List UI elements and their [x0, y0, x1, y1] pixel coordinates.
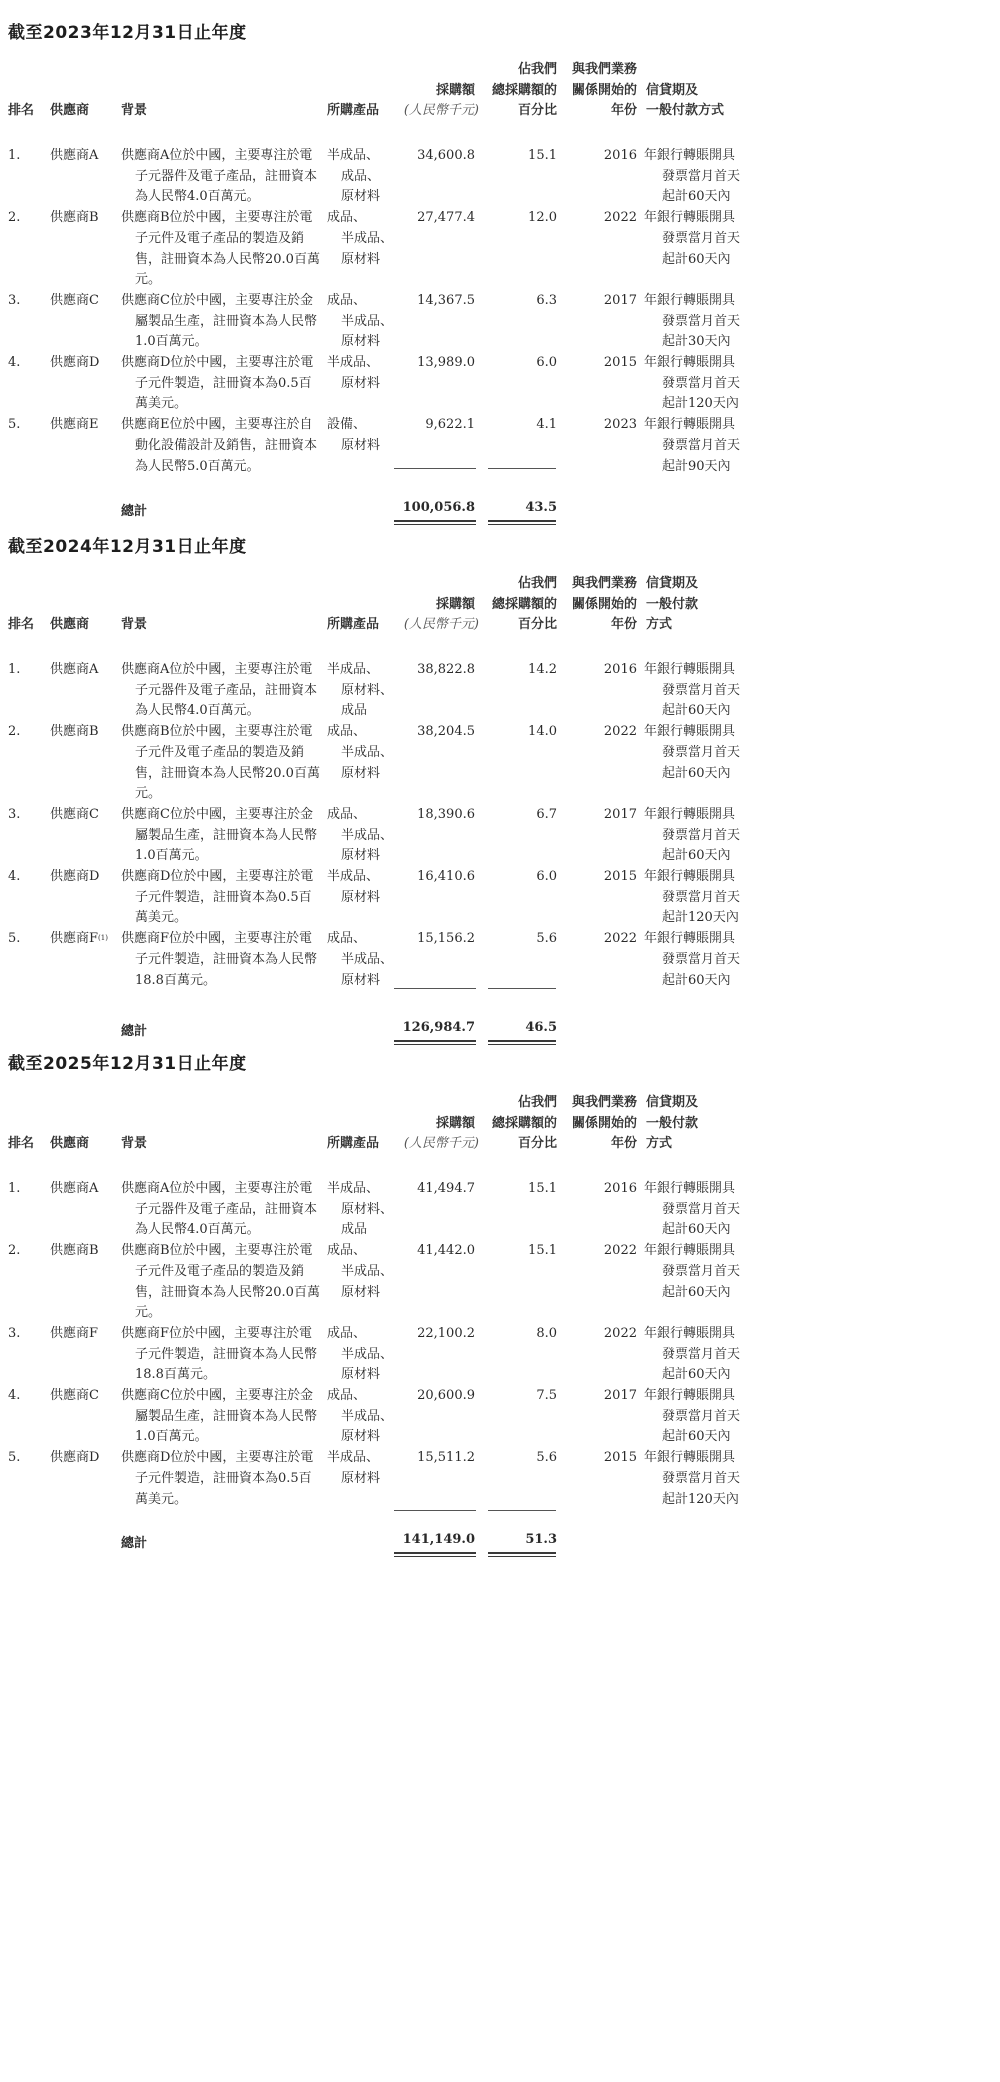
supplier-name: 供應商C — [50, 1388, 99, 1403]
percent-cell: 8.0 — [536, 1324, 557, 1345]
background-line: 為人民幣4.0百萬元。 — [121, 701, 326, 722]
supplier-name: 供應商B — [50, 724, 99, 739]
terms-line: 發票當月首天 — [644, 1200, 740, 1221]
year-cell: 2022 — [604, 1324, 637, 1345]
supplier-name: 供應商D — [50, 1450, 99, 1465]
supplier-cell: 供應商A — [50, 660, 98, 681]
year-cell: 2023 — [604, 415, 637, 436]
header-amount-unit: (人民幣千元) — [404, 1134, 479, 1155]
total-pct: 51.3 — [525, 1532, 557, 1547]
total-double-rule-amount — [394, 1040, 476, 1045]
product-line: 半成品、 — [327, 146, 380, 167]
year-cell: 2022 — [604, 208, 637, 229]
terms-cell: 年銀行轉賬開具發票當月首天起計60天內 — [644, 929, 740, 991]
terms-line: 起計60天內 — [644, 1365, 740, 1386]
total-pct: 43.5 — [525, 500, 557, 515]
header-pct-l1: 佔我們 — [518, 574, 557, 595]
amount-cell: 13,989.0 — [417, 353, 475, 374]
section-title: 截至2024年12月31日止年度 — [8, 532, 247, 557]
header-rank: 排名 — [8, 1134, 34, 1155]
background-line: 子元件製造，註冊資本為0.5百 — [121, 374, 326, 395]
product-line: 半成品、 — [327, 826, 393, 847]
amount-cell: 38,822.8 — [417, 660, 475, 681]
percent-cell: 7.5 — [536, 1386, 557, 1407]
total-double-rule-pct — [488, 1040, 556, 1045]
percent-cell: 6.0 — [536, 867, 557, 888]
header-year-l1: 與我們業務 — [572, 1093, 637, 1114]
terms-cell: 年銀行轉賬開具發票當月首天起計60天內 — [644, 1241, 740, 1303]
total-amount: 126,984.7 — [403, 1020, 475, 1035]
rank-cell: 1. — [8, 660, 20, 681]
product-line: 半成品、 — [327, 1407, 393, 1428]
total-label: 總計 — [121, 1532, 147, 1551]
rank-cell: 1. — [8, 1179, 20, 1200]
year-cell: 2017 — [604, 291, 637, 312]
terms-line: 起計60天內 — [644, 764, 740, 785]
percent-cell: 14.0 — [528, 722, 557, 743]
product-cell: 成品、半成品、原材料 — [327, 722, 393, 784]
terms-line: 發票當月首天 — [644, 1469, 740, 1490]
percent-cell: 6.3 — [536, 291, 557, 312]
product-line: 半成品、 — [327, 867, 380, 888]
year-cell: 2016 — [604, 1179, 637, 1200]
background-cell: 供應商A位於中國，主要專注於電子元器件及電子產品，註冊資本為人民幣4.0百萬元。 — [121, 146, 326, 208]
background-line: 供應商D位於中國，主要專注於電 — [121, 353, 326, 374]
header-pct-l2: 總採購額的 — [492, 595, 557, 616]
background-line: 子元件製造，註冊資本為0.5百 — [121, 888, 326, 909]
terms-line: 年銀行轉賬開具 — [644, 929, 740, 950]
terms-line: 發票當月首天 — [644, 888, 740, 909]
total-double-rule-amount — [394, 1552, 476, 1557]
background-line: 供應商F位於中國，主要專注於電 — [121, 929, 326, 950]
terms-line: 起計60天內 — [644, 971, 740, 992]
header-amount: 採購額 — [436, 595, 475, 616]
terms-line: 發票當月首天 — [644, 167, 740, 188]
rank-cell: 1. — [8, 146, 20, 167]
terms-line: 年銀行轉賬開具 — [644, 291, 740, 312]
background-line: 子元件製造，註冊資本為0.5百 — [121, 1469, 326, 1490]
terms-line: 年銀行轉賬開具 — [644, 1386, 740, 1407]
amount-cell: 41,442.0 — [417, 1241, 475, 1262]
header-terms-l2: 一般付款 — [646, 595, 698, 616]
product-line: 原材料 — [327, 187, 380, 208]
terms-line: 發票當月首天 — [644, 1407, 740, 1428]
background-line: 屬製品生產，註冊資本為人民幣 — [121, 826, 326, 847]
product-cell: 半成品、原材料 — [327, 1448, 380, 1489]
header-year-l1: 與我們業務 — [572, 60, 637, 81]
header-year-l2: 關係開始的 — [572, 81, 637, 102]
background-cell: 供應商E位於中國，主要專注於自動化設備設計及銷售，註冊資本為人民幣5.0百萬元。 — [121, 415, 326, 477]
background-line: 1.0百萬元。 — [121, 846, 326, 867]
header-terms-l3: 方式 — [646, 615, 672, 636]
terms-line: 發票當月首天 — [644, 681, 740, 702]
supplier-name: 供應商C — [50, 807, 99, 822]
product-line: 成品、 — [327, 167, 380, 188]
section-title: 截至2023年12月31日止年度 — [8, 18, 247, 43]
header-product: 所購產品 — [327, 615, 379, 636]
header-terms-l1: 信貸期及 — [646, 574, 698, 595]
subtotal-rule-amount — [394, 468, 476, 469]
product-line: 半成品、 — [327, 660, 393, 681]
year-cell: 2022 — [604, 722, 637, 743]
background-line: 售，註冊資本為人民幣20.0百萬 — [121, 1283, 326, 1304]
terms-cell: 年銀行轉賬開具發票當月首天起計60天內 — [644, 805, 740, 867]
terms-line: 發票當月首天 — [644, 229, 740, 250]
background-line: 供應商C位於中國，主要專注於金 — [121, 291, 326, 312]
supplier-cell: 供應商A — [50, 146, 98, 167]
header-amount-unit: (人民幣千元) — [404, 615, 479, 636]
product-line: 原材料 — [327, 436, 380, 457]
product-line: 原材料 — [327, 971, 393, 992]
background-line: 子元器件及電子產品，註冊資本 — [121, 681, 326, 702]
background-line: 子元件及電子產品的製造及銷 — [121, 743, 326, 764]
year-cell: 2016 — [604, 146, 637, 167]
rank-cell: 4. — [8, 1386, 20, 1407]
background-line: 動化設備設計及銷售，註冊資本 — [121, 436, 326, 457]
total-label: 總計 — [121, 1020, 147, 1039]
product-cell: 成品、半成品、原材料 — [327, 929, 393, 991]
product-line: 原材料 — [327, 764, 393, 785]
product-line: 半成品、 — [327, 1262, 393, 1283]
background-line: 18.8百萬元。 — [121, 1365, 326, 1386]
year-cell: 2015 — [604, 353, 637, 374]
year-cell: 2017 — [604, 805, 637, 826]
supplier-cell: 供應商D — [50, 353, 99, 374]
product-line: 成品 — [327, 1220, 393, 1241]
supplier-cell: 供應商C — [50, 291, 99, 312]
background-line: 屬製品生產，註冊資本為人民幣 — [121, 312, 326, 333]
supplier-name: 供應商A — [50, 1181, 98, 1196]
product-cell: 半成品、原材料 — [327, 353, 380, 394]
header-background: 背景 — [121, 101, 147, 122]
terms-line: 發票當月首天 — [644, 312, 740, 333]
background-cell: 供應商D位於中國，主要專注於電子元件製造，註冊資本為0.5百萬美元。 — [121, 353, 326, 415]
background-line: 售，註冊資本為人民幣20.0百萬 — [121, 250, 326, 271]
terms-line: 起計60天內 — [644, 1220, 740, 1241]
percent-cell: 15.1 — [528, 1241, 557, 1262]
total-pct: 46.5 — [525, 1020, 557, 1035]
product-line: 原材料、 — [327, 681, 393, 702]
background-cell: 供應商D位於中國，主要專注於電子元件製造，註冊資本為0.5百萬美元。 — [121, 867, 326, 929]
background-line: 18.8百萬元。 — [121, 971, 326, 992]
amount-cell: 41,494.7 — [417, 1179, 475, 1200]
header-amount: 採購額 — [436, 1114, 475, 1135]
background-line: 子元件及電子產品的製造及銷 — [121, 1262, 326, 1283]
supplier-cell: 供應商F — [50, 1324, 98, 1345]
terms-cell: 年銀行轉賬開具發票當月首天起計120天內 — [644, 867, 740, 929]
terms-line: 年銀行轉賬開具 — [644, 1324, 740, 1345]
supplier-cell: 供應商C — [50, 805, 99, 826]
terms-line: 起計60天內 — [644, 250, 740, 271]
header-pct-l1: 佔我們 — [518, 60, 557, 81]
header-pct-l3: 百分比 — [518, 101, 557, 122]
background-line: 供應商C位於中國，主要專注於金 — [121, 1386, 326, 1407]
percent-cell: 12.0 — [528, 208, 557, 229]
rank-cell: 5. — [8, 1448, 20, 1469]
header-product: 所購產品 — [327, 1134, 379, 1155]
terms-line: 發票當月首天 — [644, 436, 740, 457]
background-line: 1.0百萬元。 — [121, 332, 326, 353]
percent-cell: 15.1 — [528, 146, 557, 167]
background-line: 元。 — [121, 270, 326, 291]
terms-line: 起計60天內 — [644, 701, 740, 722]
rank-cell: 5. — [8, 415, 20, 436]
rank-cell: 2. — [8, 722, 20, 743]
header-pct-l2: 總採購額的 — [492, 1114, 557, 1135]
background-line: 供應商D位於中國，主要專注於電 — [121, 1448, 326, 1469]
product-cell: 半成品、原材料、成品 — [327, 660, 393, 722]
amount-cell: 18,390.6 — [417, 805, 475, 826]
header-terms-l1: 信貸期及 — [646, 81, 698, 102]
background-line: 供應商C位於中國，主要專注於金 — [121, 805, 326, 826]
background-line: 子元件製造，註冊資本為人民幣 — [121, 950, 326, 971]
amount-cell: 27,477.4 — [417, 208, 475, 229]
terms-line: 年銀行轉賬開具 — [644, 1241, 740, 1262]
supplier-name: 供應商D — [50, 869, 99, 884]
rank-cell: 2. — [8, 1241, 20, 1262]
product-line: 成品、 — [327, 1386, 393, 1407]
year-cell: 2022 — [604, 929, 637, 950]
total-double-rule-amount — [394, 520, 476, 525]
header-year-l3: 年份 — [611, 101, 637, 122]
subtotal-rule-pct — [488, 1510, 556, 1511]
terms-line: 年銀行轉賬開具 — [644, 1448, 740, 1469]
product-cell: 成品、半成品、原材料 — [327, 1386, 393, 1448]
header-year-l3: 年份 — [611, 1134, 637, 1155]
rank-cell: 4. — [8, 353, 20, 374]
amount-cell: 34,600.8 — [417, 146, 475, 167]
amount-cell: 38,204.5 — [417, 722, 475, 743]
product-line: 半成品、 — [327, 353, 380, 374]
product-cell: 成品、半成品、原材料 — [327, 1241, 393, 1303]
terms-line: 年銀行轉賬開具 — [644, 208, 740, 229]
terms-cell: 年銀行轉賬開具發票當月首天起計60天內 — [644, 1386, 740, 1448]
terms-cell: 年銀行轉賬開具發票當月首天起計120天內 — [644, 1448, 740, 1510]
section-title: 截至2025年12月31日止年度 — [8, 1049, 247, 1074]
terms-line: 年銀行轉賬開具 — [644, 867, 740, 888]
background-line: 為人民幣4.0百萬元。 — [121, 187, 326, 208]
supplier-cell: 供應商D — [50, 1448, 99, 1469]
product-cell: 成品、半成品、原材料 — [327, 208, 393, 270]
total-amount: 100,056.8 — [403, 500, 475, 515]
background-cell: 供應商C位於中國，主要專注於金屬製品生產，註冊資本為人民幣1.0百萬元。 — [121, 291, 326, 353]
terms-line: 年銀行轉賬開具 — [644, 1179, 740, 1200]
background-line: 屬製品生產，註冊資本為人民幣 — [121, 1407, 326, 1428]
background-line: 供應商B位於中國，主要專注於電 — [121, 208, 326, 229]
terms-cell: 年銀行轉賬開具發票當月首天起計60天內 — [644, 208, 740, 270]
product-line: 半成品、 — [327, 312, 393, 333]
product-line: 成品、 — [327, 291, 393, 312]
supplier-cell: 供應商F(1) — [50, 929, 108, 950]
rank-cell: 2. — [8, 208, 20, 229]
product-line: 成品 — [327, 701, 393, 722]
percent-cell: 5.6 — [536, 1448, 557, 1469]
terms-line: 發票當月首天 — [644, 1262, 740, 1283]
year-cell: 2015 — [604, 1448, 637, 1469]
product-line: 半成品、 — [327, 1448, 380, 1469]
terms-line: 起計30天內 — [644, 332, 740, 353]
rank-cell: 5. — [8, 929, 20, 950]
header-terms-l1: 信貸期及 — [646, 1093, 698, 1114]
header-rank: 排名 — [8, 615, 34, 636]
amount-cell: 16,410.6 — [417, 867, 475, 888]
product-line: 原材料 — [327, 1469, 380, 1490]
percent-cell: 4.1 — [536, 415, 557, 436]
header-product: 所購產品 — [327, 101, 379, 122]
terms-cell: 年銀行轉賬開具發票當月首天起計90天內 — [644, 415, 740, 477]
product-line: 原材料 — [327, 374, 380, 395]
terms-line: 起計120天內 — [644, 1490, 740, 1511]
background-line: 萬美元。 — [121, 908, 326, 929]
background-line: 為人民幣5.0百萬元。 — [121, 457, 326, 478]
total-double-rule-pct — [488, 520, 556, 525]
background-cell: 供應商F位於中國，主要專注於電子元件製造，註冊資本為人民幣18.8百萬元。 — [121, 1324, 326, 1386]
header-background: 背景 — [121, 615, 147, 636]
amount-cell: 22,100.2 — [417, 1324, 475, 1345]
product-line: 原材料 — [327, 846, 393, 867]
header-pct-l3: 百分比 — [518, 615, 557, 636]
header-supplier: 供應商 — [50, 1134, 89, 1155]
terms-line: 年銀行轉賬開具 — [644, 722, 740, 743]
product-line: 原材料 — [327, 1283, 393, 1304]
header-terms-l2: 一般付款 — [646, 1114, 698, 1135]
product-line: 原材料 — [327, 1427, 393, 1448]
supplier-cell: 供應商D — [50, 867, 99, 888]
header-year-l3: 年份 — [611, 615, 637, 636]
background-line: 元。 — [121, 1303, 326, 1324]
footnote-marker: (1) — [98, 934, 108, 942]
supplier-name: 供應商B — [50, 1243, 99, 1258]
terms-line: 年銀行轉賬開具 — [644, 353, 740, 374]
total-double-rule-pct — [488, 1552, 556, 1557]
product-cell: 半成品、原材料、成品 — [327, 1179, 393, 1241]
background-line: 供應商A位於中國，主要專注於電 — [121, 1179, 326, 1200]
background-line: 子元件製造，註冊資本為人民幣 — [121, 1345, 326, 1366]
terms-cell: 年銀行轉賬開具發票當月首天起計60天內 — [644, 1324, 740, 1386]
subtotal-rule-pct — [488, 468, 556, 469]
terms-cell: 年銀行轉賬開具發票當月首天起計60天內 — [644, 722, 740, 784]
terms-line: 起計60天內 — [644, 846, 740, 867]
product-cell: 成品、半成品、原材料 — [327, 805, 393, 867]
product-line: 半成品、 — [327, 229, 393, 250]
supplier-cell: 供應商B — [50, 1241, 99, 1262]
year-cell: 2017 — [604, 1386, 637, 1407]
background-line: 供應商B位於中國，主要專注於電 — [121, 722, 326, 743]
background-line: 1.0百萬元。 — [121, 1427, 326, 1448]
terms-cell: 年銀行轉賬開具發票當月首天起計30天內 — [644, 291, 740, 353]
percent-cell: 14.2 — [528, 660, 557, 681]
supplier-name: 供應商F — [50, 1326, 98, 1341]
background-line: 萬美元。 — [121, 1490, 326, 1511]
product-line: 半成品、 — [327, 1179, 393, 1200]
supplier-name: 供應商D — [50, 355, 99, 370]
header-amount: 採購額 — [436, 81, 475, 102]
background-line: 子元器件及電子產品，註冊資本 — [121, 1200, 326, 1221]
terms-cell: 年銀行轉賬開具發票當月首天起計120天內 — [644, 353, 740, 415]
product-cell: 成品、半成品、原材料 — [327, 1324, 393, 1386]
header-supplier: 供應商 — [50, 101, 89, 122]
terms-line: 起計120天內 — [644, 908, 740, 929]
product-line: 原材料 — [327, 332, 393, 353]
supplier-cell: 供應商C — [50, 1386, 99, 1407]
header-year-l2: 關係開始的 — [572, 595, 637, 616]
header-background: 背景 — [121, 1134, 147, 1155]
terms-line: 發票當月首天 — [644, 950, 740, 971]
terms-line: 起計120天內 — [644, 394, 740, 415]
rank-cell: 3. — [8, 291, 20, 312]
product-line: 原材料 — [327, 250, 393, 271]
background-line: 供應商B位於中國，主要專注於電 — [121, 1241, 326, 1262]
background-line: 售，註冊資本為人民幣20.0百萬 — [121, 764, 326, 785]
terms-line: 發票當月首天 — [644, 826, 740, 847]
background-cell: 供應商C位於中國，主要專注於金屬製品生產，註冊資本為人民幣1.0百萬元。 — [121, 805, 326, 867]
background-line: 子元器件及電子產品，註冊資本 — [121, 167, 326, 188]
product-line: 半成品、 — [327, 1345, 393, 1366]
background-cell: 供應商A位於中國，主要專注於電子元器件及電子產品，註冊資本為人民幣4.0百萬元。 — [121, 660, 326, 722]
terms-line: 年銀行轉賬開具 — [644, 415, 740, 436]
background-cell: 供應商B位於中國，主要專注於電子元件及電子產品的製造及銷售，註冊資本為人民幣20… — [121, 722, 326, 805]
terms-cell: 年銀行轉賬開具發票當月首天起計60天內 — [644, 146, 740, 208]
percent-cell: 5.6 — [536, 929, 557, 950]
supplier-name: 供應商F — [50, 931, 98, 946]
rank-cell: 4. — [8, 867, 20, 888]
header-supplier: 供應商 — [50, 615, 89, 636]
background-line: 供應商A位於中國，主要專注於電 — [121, 146, 326, 167]
supplier-name: 供應商C — [50, 293, 99, 308]
terms-line: 發票當月首天 — [644, 743, 740, 764]
header-rank: 排名 — [8, 101, 34, 122]
header-pct-l3: 百分比 — [518, 1134, 557, 1155]
background-line: 供應商F位於中國，主要專注於電 — [121, 1324, 326, 1345]
background-line: 為人民幣4.0百萬元。 — [121, 1220, 326, 1241]
background-cell: 供應商B位於中國，主要專注於電子元件及電子產品的製造及銷售，註冊資本為人民幣20… — [121, 208, 326, 291]
header-year-l1: 與我們業務 — [572, 574, 637, 595]
background-cell: 供應商D位於中國，主要專注於電子元件製造，註冊資本為0.5百萬美元。 — [121, 1448, 326, 1510]
background-cell: 供應商F位於中國，主要專注於電子元件製造，註冊資本為人民幣18.8百萬元。 — [121, 929, 326, 991]
terms-line: 年銀行轉賬開具 — [644, 805, 740, 826]
product-line: 成品、 — [327, 1324, 393, 1345]
supplier-cell: 供應商A — [50, 1179, 98, 1200]
header-terms-l3: 方式 — [646, 1134, 672, 1155]
year-cell: 2015 — [604, 867, 637, 888]
supplier-cell: 供應商E — [50, 415, 99, 436]
product-line: 成品、 — [327, 1241, 393, 1262]
header-year-l2: 關係開始的 — [572, 1114, 637, 1135]
background-cell: 供應商C位於中國，主要專注於金屬製品生產，註冊資本為人民幣1.0百萬元。 — [121, 1386, 326, 1448]
header-pct-l2: 總採購額的 — [492, 81, 557, 102]
subtotal-rule-amount — [394, 988, 476, 989]
header-pct-l1: 佔我們 — [518, 1093, 557, 1114]
product-line: 原材料 — [327, 1365, 393, 1386]
rank-cell: 3. — [8, 1324, 20, 1345]
product-cell: 成品、半成品、原材料 — [327, 291, 393, 353]
supplier-name: 供應商E — [50, 417, 99, 432]
product-cell: 半成品、成品、原材料 — [327, 146, 380, 208]
percent-cell: 15.1 — [528, 1179, 557, 1200]
supplier-name: 供應商B — [50, 210, 99, 225]
total-label: 總計 — [121, 500, 147, 519]
total-amount: 141,149.0 — [403, 1532, 475, 1547]
rank-cell: 3. — [8, 805, 20, 826]
supplier-cell: 供應商B — [50, 208, 99, 229]
product-line: 成品、 — [327, 208, 393, 229]
product-line: 成品、 — [327, 722, 393, 743]
terms-line: 年銀行轉賬開具 — [644, 660, 740, 681]
product-cell: 設備、原材料 — [327, 415, 380, 456]
supplier-name: 供應商A — [50, 662, 98, 677]
year-cell: 2016 — [604, 660, 637, 681]
subtotal-rule-amount — [394, 1510, 476, 1511]
